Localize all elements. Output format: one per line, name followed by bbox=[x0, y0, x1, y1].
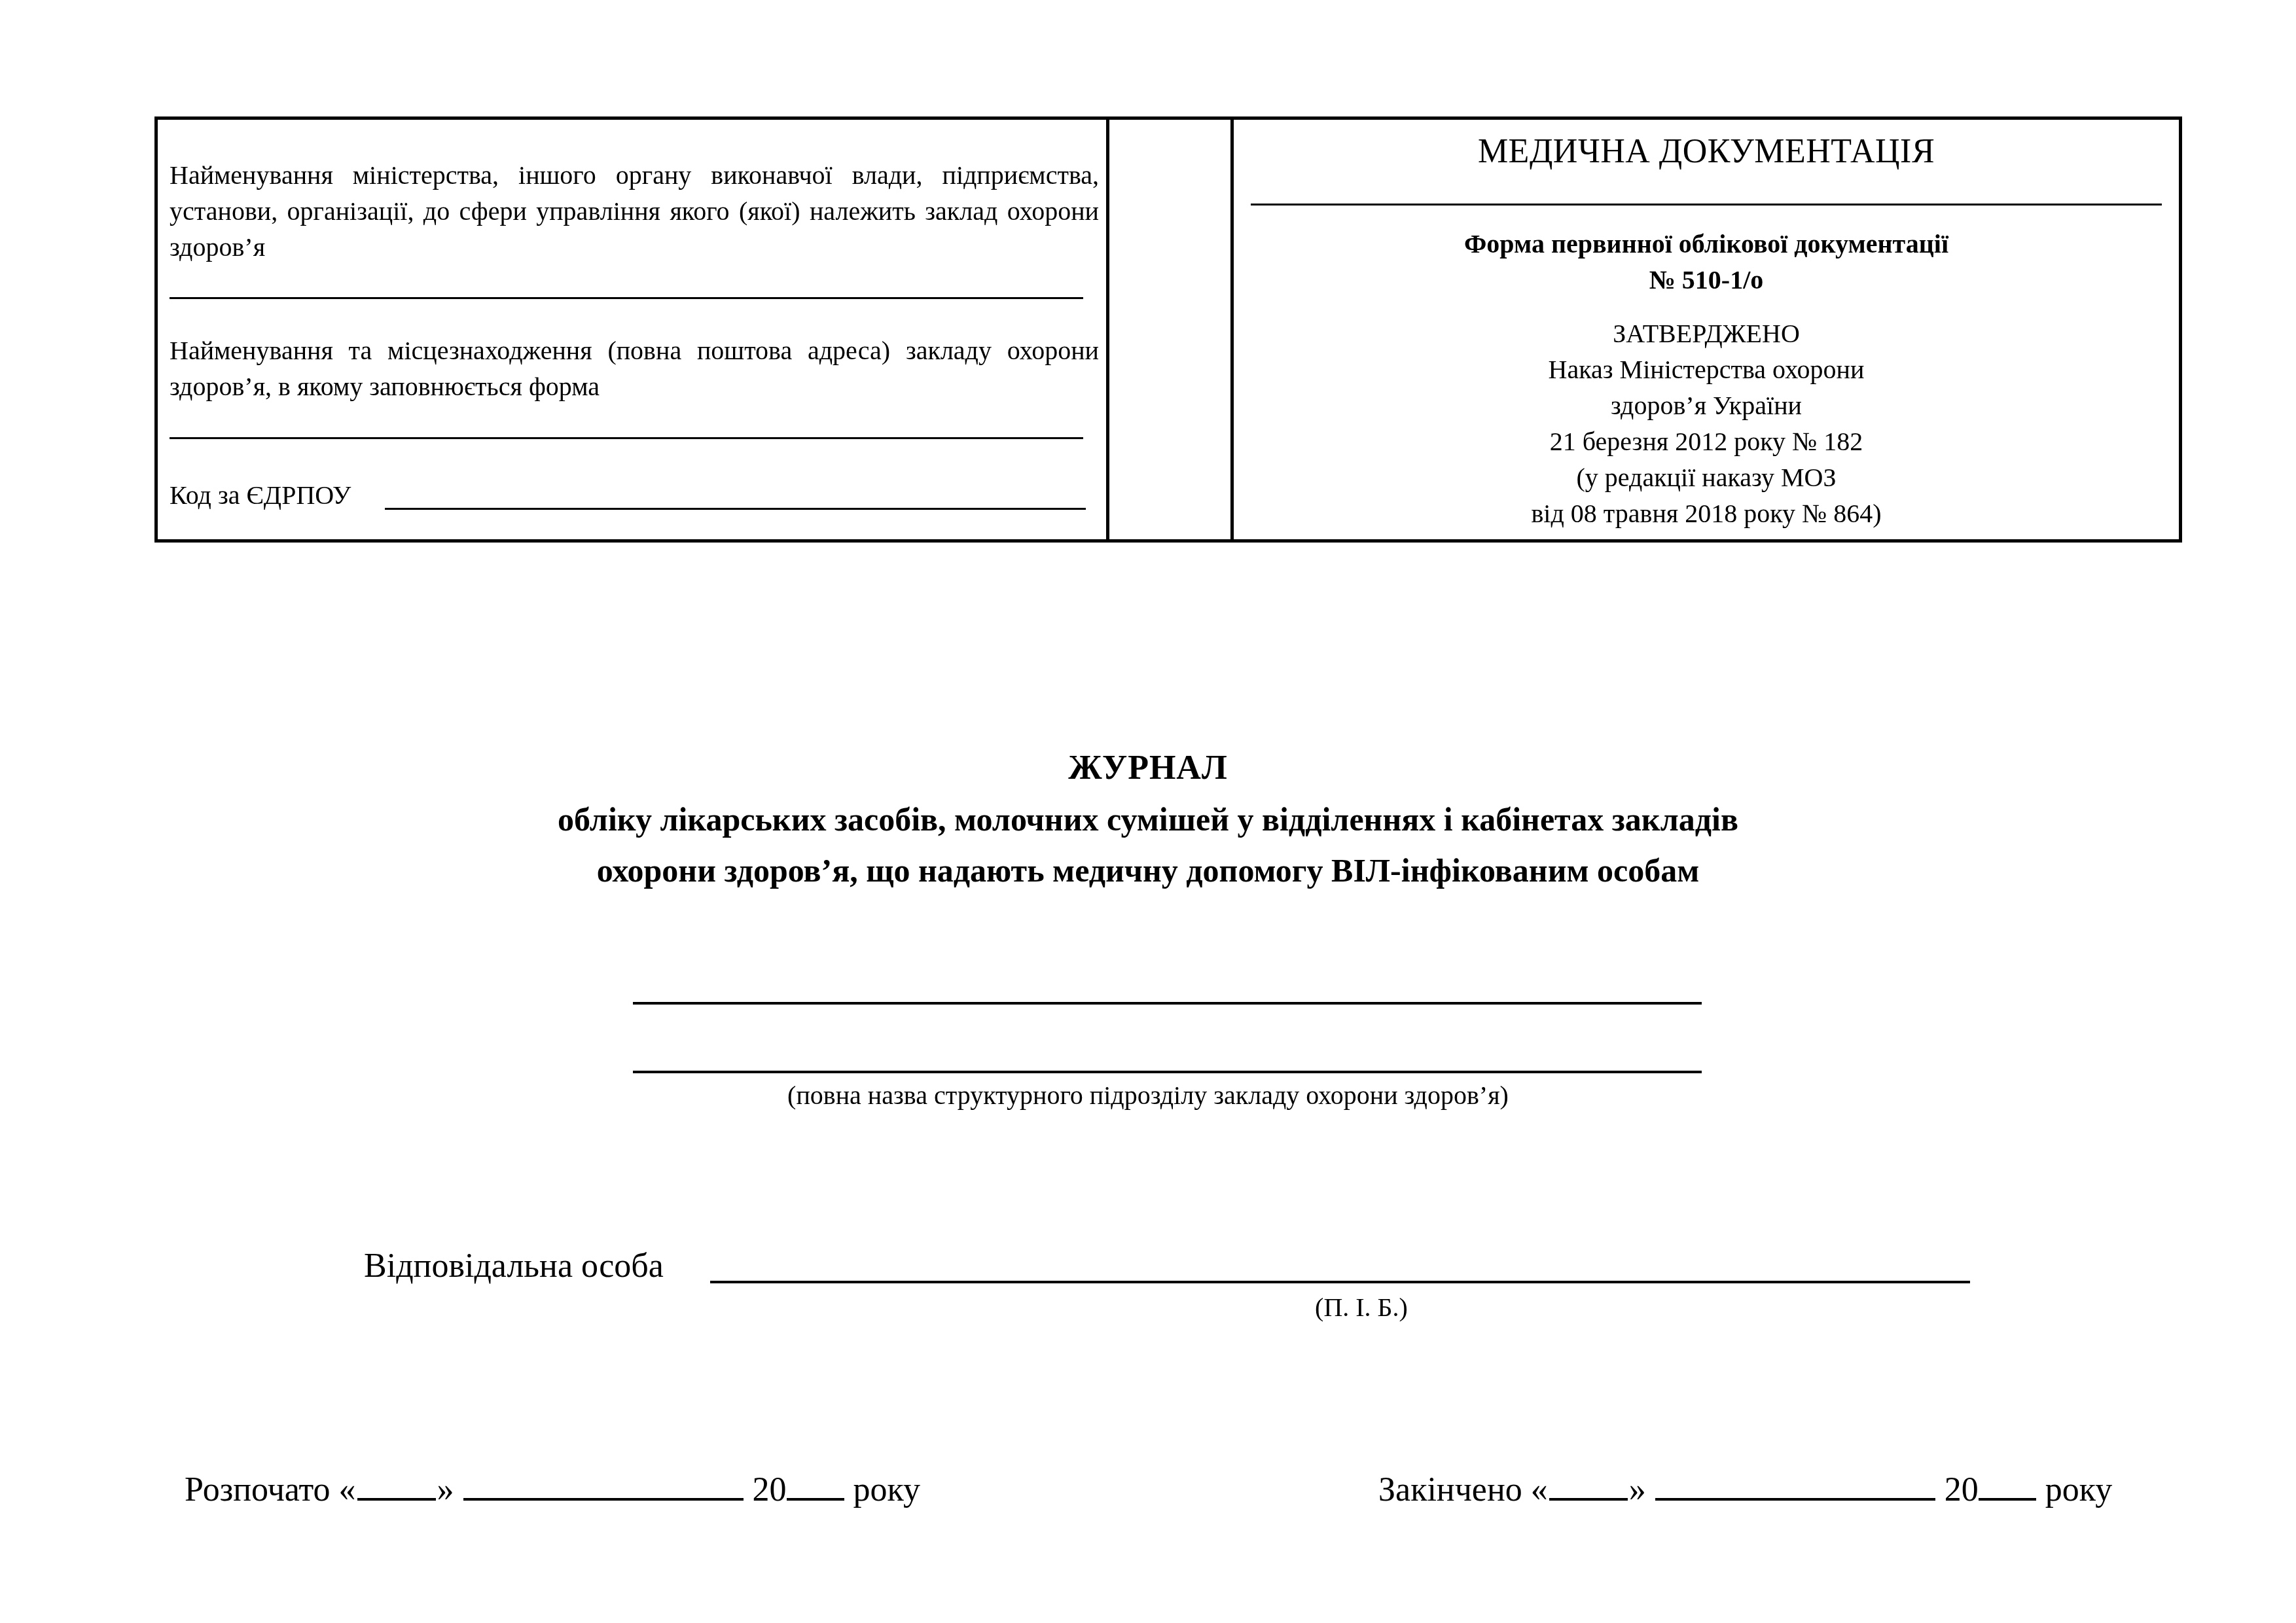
journal-title-block: ЖУРНАЛ обліку лікарських засобів, молочн… bbox=[0, 743, 2296, 896]
year-prefix: 20 bbox=[753, 1471, 787, 1508]
open-quote: « bbox=[339, 1471, 356, 1508]
start-year-field[interactable] bbox=[787, 1464, 844, 1501]
close-quote: » bbox=[1629, 1471, 1646, 1508]
year-prefix: 20 bbox=[1945, 1471, 1979, 1508]
order-line: (у редакції наказу МОЗ bbox=[1234, 459, 2179, 495]
start-day-field[interactable] bbox=[357, 1464, 436, 1501]
journal-subtitle-line: обліку лікарських засобів, молочних сумі… bbox=[0, 794, 2296, 845]
unit-caption: (повна назва структурного підрозділу зак… bbox=[0, 1077, 2296, 1113]
end-month-field[interactable] bbox=[1655, 1464, 1935, 1501]
order-line: 21 березня 2012 року № 182 bbox=[1234, 423, 2179, 459]
document-category: МЕДИЧНА ДОКУМЕНТАЦІЯ bbox=[1234, 129, 2179, 175]
ministry-field[interactable] bbox=[170, 297, 1083, 299]
end-day-field[interactable] bbox=[1549, 1464, 1628, 1501]
edrpou-label: Код за ЄДРПОУ bbox=[170, 477, 351, 513]
year-suffix: року bbox=[853, 1471, 921, 1508]
form-title: Форма первинної облікової документації №… bbox=[1234, 226, 2179, 298]
start-date-row: Розпочато «»20року bbox=[185, 1464, 920, 1513]
form-header-table: Найменування міністерства, іншого органу… bbox=[154, 116, 2182, 543]
institution-field[interactable] bbox=[170, 437, 1083, 439]
year-suffix: року bbox=[2045, 1471, 2113, 1508]
open-quote: « bbox=[1531, 1471, 1548, 1508]
ministry-label: Найменування міністерства, іншого органу… bbox=[170, 157, 1099, 265]
order-line: здоров’я України bbox=[1234, 387, 2179, 423]
responsible-person-caption: (П. І. Б.) bbox=[1198, 1289, 1525, 1325]
order-line: від 08 травня 2018 року № 864) bbox=[1234, 495, 2179, 531]
order-line: Наказ Міністерства охорони bbox=[1234, 351, 2179, 387]
journal-subtitle-line: охорони здоров’я, що надають медичну доп… bbox=[0, 845, 2296, 896]
form-number: № 510-1/о bbox=[1234, 262, 2179, 298]
end-date-row: Закінчено «»20року bbox=[1378, 1464, 2112, 1513]
unit-name-field-line-1[interactable] bbox=[633, 1002, 1702, 1005]
end-date-label: Закінчено bbox=[1378, 1471, 1522, 1508]
end-year-field[interactable] bbox=[1979, 1464, 2036, 1501]
journal-title: ЖУРНАЛ bbox=[0, 743, 2296, 794]
start-month-field[interactable] bbox=[463, 1464, 744, 1501]
column-divider bbox=[1106, 120, 1109, 539]
approved-label: ЗАТВЕРДЖЕНО bbox=[1234, 315, 2179, 351]
responsible-person-field[interactable] bbox=[710, 1281, 1970, 1283]
institution-label: Найменування та місцезнаходження (повна … bbox=[170, 332, 1099, 404]
start-date-label: Розпочато bbox=[185, 1471, 331, 1508]
responsible-person-label: Відповідальна особа bbox=[364, 1243, 664, 1289]
category-divider bbox=[1251, 204, 2162, 205]
approval-note: ЗАТВЕРДЖЕНО Наказ Міністерства охорони з… bbox=[1234, 315, 2179, 531]
form-approval-block: МЕДИЧНА ДОКУМЕНТАЦІЯ Форма первинної обл… bbox=[1234, 120, 2179, 539]
form-title-line: Форма первинної облікової документації bbox=[1234, 226, 2179, 262]
edrpou-field[interactable] bbox=[385, 508, 1086, 510]
unit-name-field-line-2[interactable] bbox=[633, 1071, 1702, 1073]
close-quote: » bbox=[437, 1471, 454, 1508]
